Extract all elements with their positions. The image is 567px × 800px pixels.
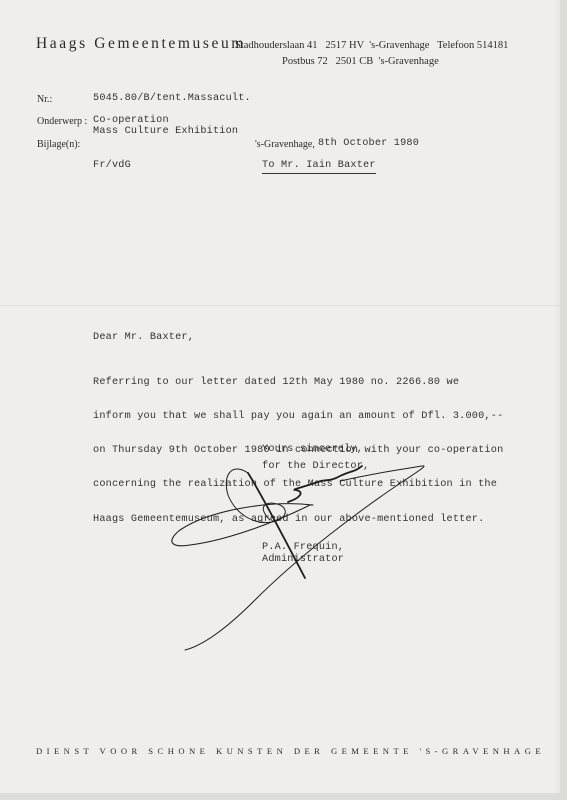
- subject-line-2: Mass Culture Exhibition: [93, 126, 238, 137]
- letter-paper: Haags Gemeentemuseum Stadhouderslaan 41 …: [0, 0, 560, 793]
- salutation: Dear Mr. Baxter,: [93, 332, 194, 343]
- subject-label: Onderwerp :: [37, 116, 87, 127]
- address-line-2: Postbus 72 2501 CB 's-Gravenhage: [282, 56, 439, 67]
- closing: Yours sincerely,: [262, 444, 363, 455]
- body-line: concerning the realization of the Mass C…: [93, 479, 503, 490]
- signatory-name: P.A. Frequin,: [262, 542, 344, 553]
- museum-name: Haags Gemeentemuseum: [36, 35, 246, 53]
- nr-value: 5045.80/B/tent.Massacult.: [93, 93, 251, 104]
- enclosures-label: Bijlage(n):: [37, 139, 80, 150]
- signatory-title: Administrator: [262, 554, 344, 565]
- fold-line: [0, 305, 560, 306]
- body-line: inform you that we shall pay you again a…: [93, 411, 503, 422]
- body-line: Haags Gemeentemuseum, as agreed in our a…: [93, 514, 503, 525]
- date: 8th October 1980: [318, 138, 419, 149]
- closing-for: for the Director,: [262, 461, 369, 472]
- place: 's-Gravenhage,: [255, 139, 315, 150]
- nr-label: Nr.:: [37, 94, 52, 105]
- subject-line-1: Co-operation: [93, 115, 169, 126]
- body-line: Referring to our letter dated 12th May 1…: [93, 377, 503, 388]
- address-line-1: Stadhouderslaan 41 2517 HV 's-Gravenhage…: [235, 40, 508, 51]
- reference: Fr/vdG: [93, 160, 131, 171]
- footer-text: DIENST VOOR SCHONE KUNSTEN DER GEMEENTE …: [36, 746, 545, 756]
- addressee: To Mr. Iain Baxter: [262, 160, 376, 174]
